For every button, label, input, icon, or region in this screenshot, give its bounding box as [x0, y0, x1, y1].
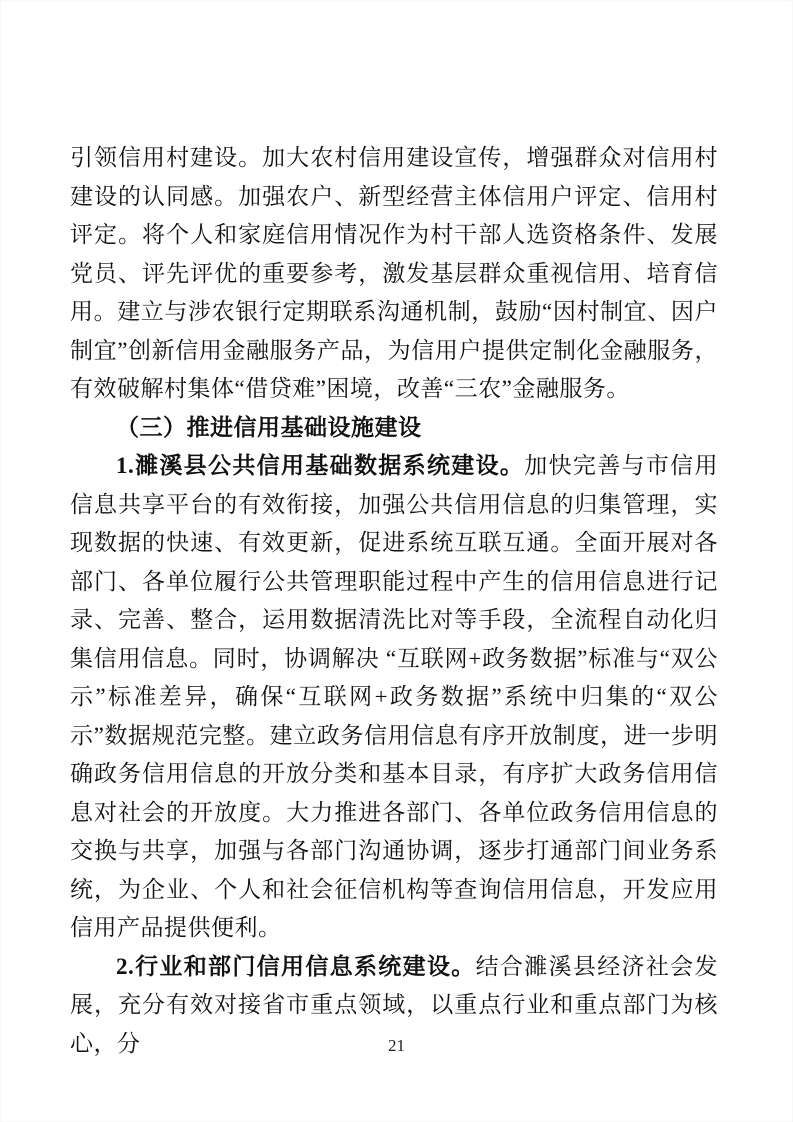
- document-page: 引领信用村建设。加大农村信用建设宣传，增强群众对信用村建设的认同感。加强农户、新…: [0, 0, 793, 1122]
- section-heading-text: （三）推进信用基础设施建设: [116, 415, 422, 440]
- page-number: 21: [0, 1034, 793, 1058]
- body-paragraph-continuation: 引领信用村建设。加大农村信用建设宣传，增强群众对信用村建设的认同感。加强农户、新…: [70, 139, 718, 409]
- section-heading: （三）推进信用基础设施建设: [70, 409, 718, 448]
- paragraph-text: 引领信用村建设。加大农村信用建设宣传，增强群众对信用村建设的认同感。加强农户、新…: [70, 145, 718, 401]
- paragraph-lead-bold: 2.行业和部门信用信息系统建设。: [116, 954, 476, 979]
- page-content: 引领信用村建设。加大农村信用建设宣传，增强群众对信用村建设的认同感。加强农户、新…: [70, 139, 718, 1063]
- body-paragraph: 1.濉溪县公共信用基础数据系统建设。加快完善与市信用信息共享平台的有效衔接，加强…: [70, 447, 718, 948]
- paragraph-text: 加快完善与市信用信息共享平台的有效衔接，加强公共信用信息的归集管理，实现数据的快…: [70, 453, 718, 940]
- paragraph-lead-bold: 1.濉溪县公共信用基础数据系统建设。: [116, 453, 524, 478]
